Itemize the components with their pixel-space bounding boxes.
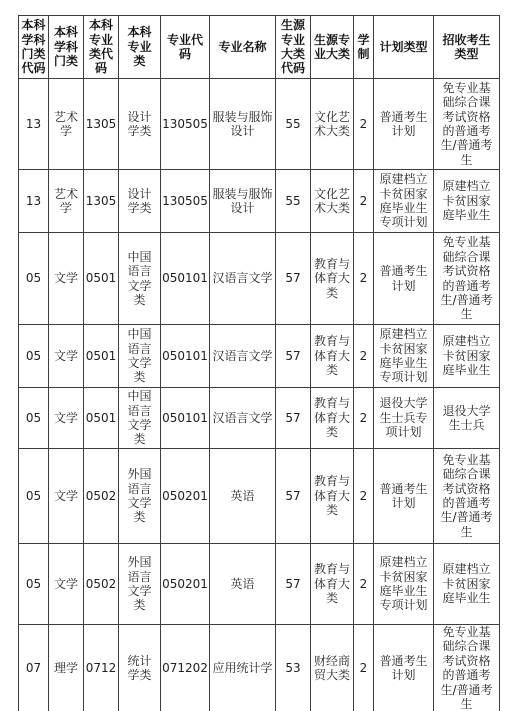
cell-undergrad-major-category-code: 0501 <box>84 325 119 388</box>
cell-plan-type: 原建档立卡贫困家庭毕业生专项计划 <box>374 170 434 233</box>
cell-undergrad-discipline-category: 理学 <box>49 625 84 711</box>
cell-admitted-candidate-type: 原建档立卡贫困家庭毕业生 <box>434 325 500 388</box>
cell-undergrad-major-category: 中国语言文学类 <box>119 325 161 388</box>
column-header-undergrad-discipline-category-code: 本科学科门类代码 <box>19 16 49 79</box>
cell-major-name: 应用统计学 <box>210 625 276 711</box>
cell-study-duration: 2 <box>354 544 374 625</box>
column-header-source-major-category-code: 生源专业大类代码 <box>276 16 311 79</box>
cell-major-code: 050201 <box>161 449 210 544</box>
column-header-study-duration: 学制 <box>354 16 374 79</box>
header-row: 本科学科门类代码 本科学科门类 本科专业类代码 本科专业类 专业代码 专业名称 … <box>19 16 500 79</box>
column-header-major-code: 专业代码 <box>161 16 210 79</box>
column-header-source-major-category: 生源专业大类 <box>311 16 354 79</box>
cell-undergrad-major-category: 外国语言文学类 <box>119 544 161 625</box>
cell-source-major-category: 教育与体育大类 <box>311 388 354 449</box>
cell-source-major-category: 教育与体育大类 <box>311 544 354 625</box>
cell-study-duration: 2 <box>354 325 374 388</box>
cell-major-name: 服装与服饰设计 <box>210 79 276 170</box>
cell-study-duration: 2 <box>354 625 374 711</box>
cell-study-duration: 2 <box>354 449 374 544</box>
column-header-admitted-candidate-type: 招收考生类型 <box>434 16 500 79</box>
cell-undergrad-major-category: 统计学类 <box>119 625 161 711</box>
cell-plan-type: 普通考生计划 <box>374 449 434 544</box>
table-row: 13艺术学1305设计学类130505服装与服饰设计55文化艺术大类2普通考生计… <box>19 79 500 170</box>
cell-undergrad-major-category: 设计学类 <box>119 170 161 233</box>
cell-source-major-category: 教育与体育大类 <box>311 233 354 325</box>
table-header: 本科学科门类代码 本科学科门类 本科专业类代码 本科专业类 专业代码 专业名称 … <box>19 16 500 79</box>
cell-undergrad-discipline-category-code: 07 <box>19 625 49 711</box>
cell-major-code: 050101 <box>161 233 210 325</box>
admissions-plan-table: 本科学科门类代码 本科学科门类 本科专业类代码 本科专业类 专业代码 专业名称 … <box>18 15 500 711</box>
cell-source-major-category-code: 55 <box>276 79 311 170</box>
cell-admitted-candidate-type: 免专业基础综合课考试资格的普通考生/普通考生 <box>434 79 500 170</box>
table-row: 05文学0501中国语言文学类050101汉语言文学57教育与体育大类2普通考生… <box>19 233 500 325</box>
cell-major-code: 050101 <box>161 325 210 388</box>
cell-study-duration: 2 <box>354 79 374 170</box>
cell-undergrad-discipline-category: 文学 <box>49 233 84 325</box>
cell-undergrad-major-category: 设计学类 <box>119 79 161 170</box>
cell-undergrad-major-category-code: 0501 <box>84 233 119 325</box>
cell-admitted-candidate-type: 免专业基础综合课考试资格的普通考生/普通考生 <box>434 233 500 325</box>
cell-undergrad-major-category: 中国语言文学类 <box>119 388 161 449</box>
cell-admitted-candidate-type: 原建档立卡贫困家庭毕业生 <box>434 544 500 625</box>
table-row: 05文学0502外国语言文学类050201英语57教育与体育大类2原建档立卡贫困… <box>19 544 500 625</box>
cell-undergrad-discipline-category: 文学 <box>49 388 84 449</box>
cell-plan-type: 普通考生计划 <box>374 79 434 170</box>
cell-source-major-category-code: 57 <box>276 325 311 388</box>
column-header-undergrad-major-category: 本科专业类 <box>119 16 161 79</box>
table-body: 13艺术学1305设计学类130505服装与服饰设计55文化艺术大类2普通考生计… <box>19 79 500 711</box>
cell-undergrad-discipline-category-code: 05 <box>19 233 49 325</box>
cell-admitted-candidate-type: 免专业基础综合课考试资格的普通考生/普通考生 <box>434 449 500 544</box>
cell-major-name: 服装与服饰设计 <box>210 170 276 233</box>
cell-admitted-candidate-type: 原建档立卡贫困家庭毕业生 <box>434 170 500 233</box>
cell-source-major-category-code: 57 <box>276 544 311 625</box>
cell-undergrad-major-category-code: 0502 <box>84 449 119 544</box>
cell-admitted-candidate-type: 免专业基础综合课考试资格的普通考生/普通考生 <box>434 625 500 711</box>
cell-undergrad-discipline-category: 文学 <box>49 544 84 625</box>
cell-major-name: 汉语言文学 <box>210 388 276 449</box>
cell-source-major-category: 教育与体育大类 <box>311 449 354 544</box>
cell-undergrad-major-category-code: 1305 <box>84 79 119 170</box>
cell-source-major-category: 文化艺术大类 <box>311 170 354 233</box>
table-row: 05文学0501中国语言文学类050101汉语言文学57教育与体育大类2原建档立… <box>19 325 500 388</box>
cell-study-duration: 2 <box>354 170 374 233</box>
cell-undergrad-discipline-category: 文学 <box>49 449 84 544</box>
column-header-undergrad-discipline-category: 本科学科门类 <box>49 16 84 79</box>
cell-undergrad-discipline-category-code: 05 <box>19 325 49 388</box>
cell-major-code: 050101 <box>161 388 210 449</box>
cell-undergrad-discipline-category: 艺术学 <box>49 170 84 233</box>
cell-plan-type: 原建档立卡贫困家庭毕业生专项计划 <box>374 544 434 625</box>
cell-study-duration: 2 <box>354 233 374 325</box>
table-row: 05文学0502外国语言文学类050201英语57教育与体育大类2普通考生计划免… <box>19 449 500 544</box>
cell-plan-type: 原建档立卡贫困家庭毕业生专项计划 <box>374 325 434 388</box>
cell-admitted-candidate-type: 退役大学生士兵 <box>434 388 500 449</box>
cell-plan-type: 普通考生计划 <box>374 625 434 711</box>
cell-undergrad-major-category-code: 0712 <box>84 625 119 711</box>
cell-undergrad-major-category-code: 1305 <box>84 170 119 233</box>
cell-source-major-category: 财经商贸大类 <box>311 625 354 711</box>
cell-plan-type: 退役大学生士兵专项计划 <box>374 388 434 449</box>
cell-major-name: 英语 <box>210 544 276 625</box>
cell-undergrad-discipline-category-code: 13 <box>19 170 49 233</box>
cell-source-major-category: 教育与体育大类 <box>311 325 354 388</box>
cell-source-major-category-code: 57 <box>276 388 311 449</box>
cell-major-code: 130505 <box>161 79 210 170</box>
cell-undergrad-discipline-category: 艺术学 <box>49 79 84 170</box>
table-row: 13艺术学1305设计学类130505服装与服饰设计55文化艺术大类2原建档立卡… <box>19 170 500 233</box>
cell-source-major-category-code: 57 <box>276 233 311 325</box>
cell-study-duration: 2 <box>354 388 374 449</box>
column-header-plan-type: 计划类型 <box>374 16 434 79</box>
cell-major-code: 130505 <box>161 170 210 233</box>
table-row: 05文学0501中国语言文学类050101汉语言文学57教育与体育大类2退役大学… <box>19 388 500 449</box>
cell-source-major-category-code: 55 <box>276 170 311 233</box>
cell-undergrad-discipline-category-code: 05 <box>19 544 49 625</box>
cell-undergrad-major-category-code: 0501 <box>84 388 119 449</box>
cell-undergrad-major-category-code: 0502 <box>84 544 119 625</box>
cell-source-major-category-code: 57 <box>276 449 311 544</box>
cell-undergrad-discipline-category: 文学 <box>49 325 84 388</box>
cell-source-major-category: 文化艺术大类 <box>311 79 354 170</box>
cell-major-code: 050201 <box>161 544 210 625</box>
column-header-major-name: 专业名称 <box>210 16 276 79</box>
table-row: 07理学0712统计学类071202应用统计学53财经商贸大类2普通考生计划免专… <box>19 625 500 711</box>
cell-undergrad-discipline-category-code: 05 <box>19 388 49 449</box>
cell-plan-type: 普通考生计划 <box>374 233 434 325</box>
cell-undergrad-major-category: 外国语言文学类 <box>119 449 161 544</box>
cell-undergrad-discipline-category-code: 05 <box>19 449 49 544</box>
cell-undergrad-discipline-category-code: 13 <box>19 79 49 170</box>
cell-undergrad-major-category: 中国语言文学类 <box>119 233 161 325</box>
cell-major-name: 汉语言文学 <box>210 325 276 388</box>
document-page: 本科学科门类代码 本科学科门类 本科专业类代码 本科专业类 专业代码 专业名称 … <box>0 0 518 711</box>
cell-source-major-category-code: 53 <box>276 625 311 711</box>
cell-major-code: 071202 <box>161 625 210 711</box>
cell-major-name: 汉语言文学 <box>210 233 276 325</box>
cell-major-name: 英语 <box>210 449 276 544</box>
column-header-undergrad-major-category-code: 本科专业类代码 <box>84 16 119 79</box>
